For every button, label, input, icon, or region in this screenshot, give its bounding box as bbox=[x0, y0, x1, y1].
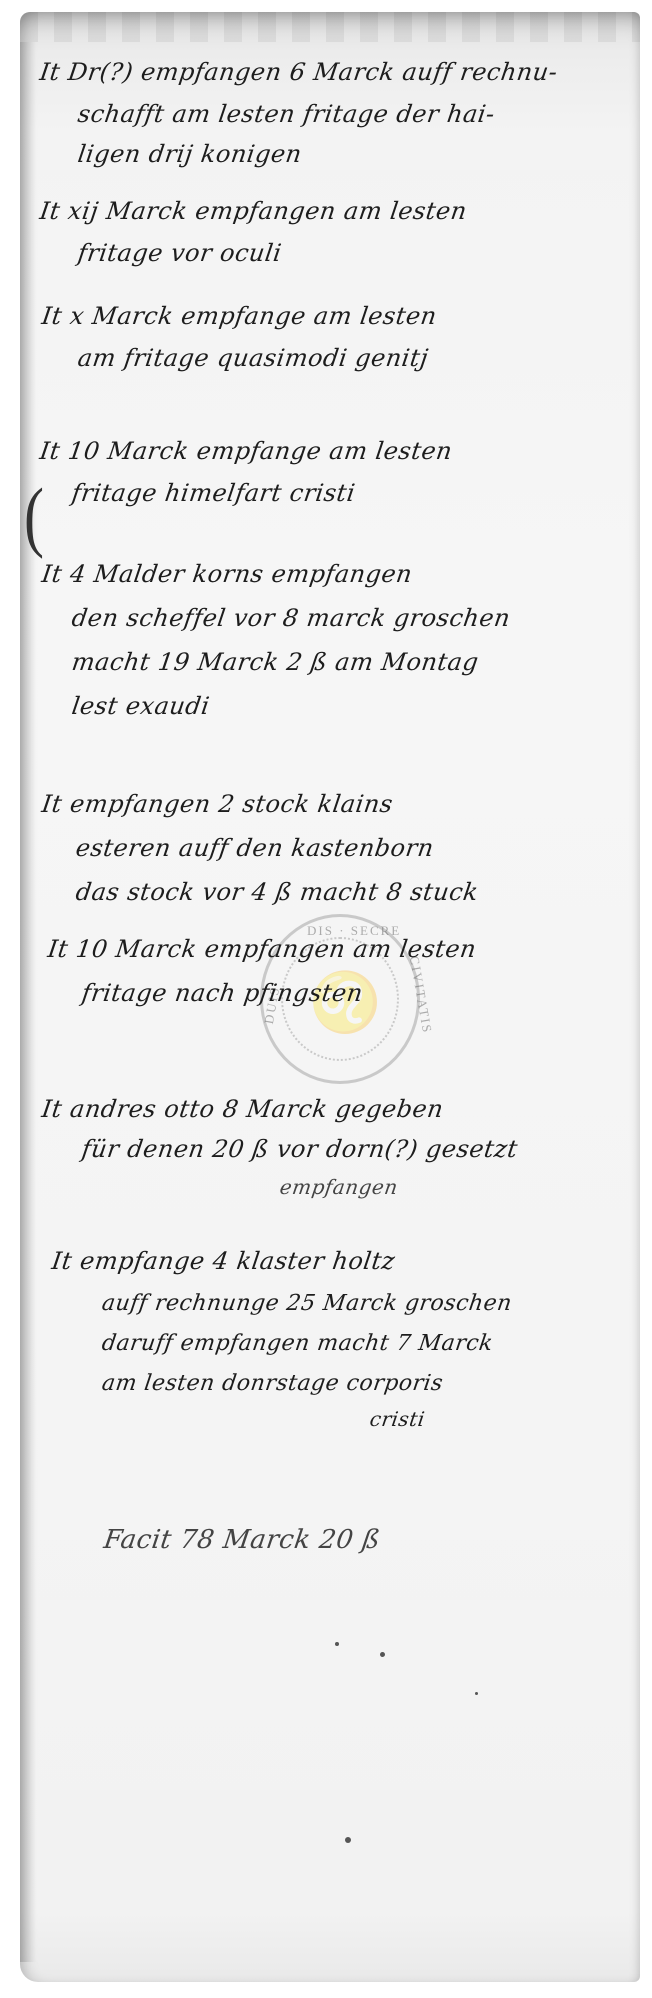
total-line: Facit 78 Marck 20 ß bbox=[102, 1525, 382, 1555]
entry-line: fritage himelfart cristi bbox=[70, 479, 357, 507]
entry-line: das stock vor 4 ß macht 8 stuck bbox=[74, 878, 480, 906]
entry-line: empfangen bbox=[278, 1175, 399, 1199]
entry-line: fritage vor oculi bbox=[76, 239, 283, 267]
entry-line: esteren auff den kastenborn bbox=[74, 834, 436, 862]
entry-line: den scheffel vor 8 marck groschen bbox=[70, 604, 512, 632]
paper-speck bbox=[380, 1652, 385, 1657]
entry-line: am fritage quasimodi genitj bbox=[76, 344, 430, 372]
entry-line: It empfange 4 klaster holtz bbox=[50, 1247, 397, 1275]
entry-line: am lesten donrstage corporis bbox=[100, 1371, 444, 1396]
paper-speck bbox=[345, 1837, 351, 1843]
paper-speck bbox=[335, 1642, 339, 1646]
entry-line: It Dr(?) empfangen 6 Marck auff rechnu- bbox=[38, 58, 559, 86]
entry-line: It empfangen 2 stock klains bbox=[40, 790, 395, 818]
entry-line: für denen 20 ß vor dorn(?) gesetzt bbox=[80, 1135, 520, 1163]
entry-line: ligen drij konigen bbox=[76, 140, 304, 168]
entry-line: It x Marck empfange am lesten bbox=[40, 302, 439, 330]
margin-bracket-mark: ( bbox=[24, 472, 44, 562]
entry-line: fritage nach pfingsten bbox=[80, 979, 365, 1007]
entry-line: It 10 Marck empfangen am lesten bbox=[46, 935, 478, 963]
entry-line: daruff empfangen macht 7 Marck bbox=[100, 1331, 494, 1356]
seal-text-right: CIVITATIS bbox=[406, 955, 435, 1036]
paper-speck bbox=[475, 1692, 478, 1695]
entry-line: schafft am lesten fritage der hai- bbox=[76, 100, 497, 128]
entry-line: auff rechnunge 25 Marck groschen bbox=[100, 1291, 513, 1316]
entry-line: macht 19 Marck 2 ß am Montag bbox=[70, 648, 480, 676]
entry-line: It xij Marck empfangen am lesten bbox=[38, 197, 469, 225]
entry-line: It 4 Malder korns empfangen bbox=[40, 560, 414, 588]
page-edge-shadow bbox=[20, 42, 36, 1962]
entry-line: It 10 Marck empfange am lesten bbox=[38, 437, 454, 465]
manuscript-page: ( It Dr(?) empfangen 6 Marck auff rechnu… bbox=[20, 12, 640, 1982]
entry-line: It andres otto 8 Marck gegeben bbox=[40, 1095, 445, 1123]
entry-line: cristi bbox=[368, 1407, 426, 1431]
entry-line: lest exaudi bbox=[70, 692, 211, 720]
